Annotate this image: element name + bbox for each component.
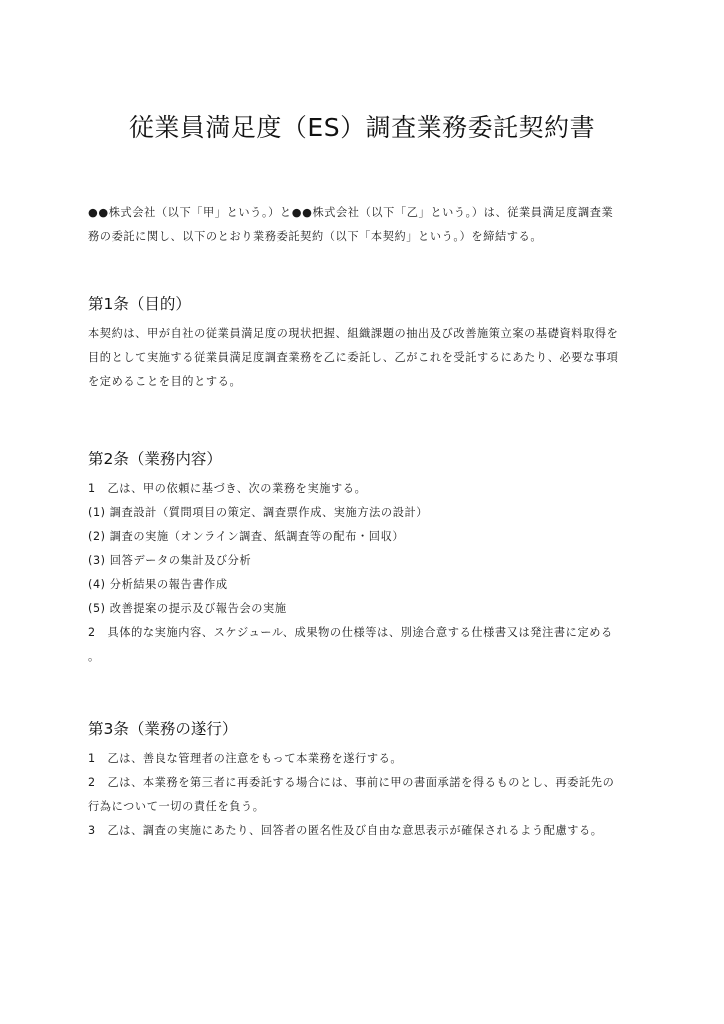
preamble: ●●株式会社（以下「甲」という。）と●●株式会社（以下「乙」という。）は、従業員… xyxy=(88,201,648,249)
article-line: 目的として実施する従業員満足度調査業務を乙に委託し、乙がこれを受託するにあたり、… xyxy=(88,346,648,370)
article-line: を定めることを目的とする。 xyxy=(88,370,648,394)
article-line: 1 乙は、善良な管理者の注意をもって本業務を遂行する。 xyxy=(88,747,648,771)
article-2: 第2条（業務内容） 1 乙は、甲の依頼に基づき、次の業務を実施する。 (1) 調… xyxy=(88,447,648,669)
document-page: 従業員満足度（ES）調査業務委託契約書 ●●株式会社（以下「甲」という。）と●●… xyxy=(0,0,724,1024)
article-heading: 第3条（業務の遂行） xyxy=(88,717,648,741)
article-line: (2) 調査の実施（オンライン調査、紙調査等の配布・回収） xyxy=(88,525,648,549)
article-line: (4) 分析結果の報告書作成 xyxy=(88,573,648,597)
article-line: 1 乙は、甲の依頼に基づき、次の業務を実施する。 xyxy=(88,477,648,501)
article-line: 本契約は、甲が自社の従業員満足度の現状把握、組織課題の抽出及び改善施策立案の基礎… xyxy=(88,322,648,346)
article-line: (3) 回答データの集計及び分析 xyxy=(88,549,648,573)
article-3: 第3条（業務の遂行） 1 乙は、善良な管理者の注意をもって本業務を遂行する。 2… xyxy=(88,717,648,843)
article-1: 第1条（目的） 本契約は、甲が自社の従業員満足度の現状把握、組織課題の抽出及び改… xyxy=(88,292,648,394)
article-line: 2 乙は、本業務を第三者に再委託する場合には、事前に甲の書面承諾を得るものとし、… xyxy=(88,771,648,795)
article-line: (1) 調査設計（質問項目の策定、調査票作成、実施方法の設計） xyxy=(88,501,648,525)
article-line: 。 xyxy=(88,645,648,669)
article-line: 3 乙は、調査の実施にあたり、回答者の匿名性及び自由な意思表示が確保されるよう配… xyxy=(88,819,648,843)
article-heading: 第1条（目的） xyxy=(88,292,648,316)
preamble-line: ●●株式会社（以下「甲」という。）と●●株式会社（以下「乙」という。）は、従業員… xyxy=(88,201,648,225)
document-title: 従業員満足度（ES）調査業務委託契約書 xyxy=(0,110,724,146)
article-heading: 第2条（業務内容） xyxy=(88,447,648,471)
article-line: 2 具体的な実施内容、スケジュール、成果物の仕様等は、別途合意する仕様書又は発注… xyxy=(88,621,648,645)
article-line: 行為について一切の責任を負う。 xyxy=(88,795,648,819)
preamble-line: 務の委託に関し、以下のとおり業務委託契約（以下「本契約」という。）を締結する。 xyxy=(88,225,648,249)
article-line: (5) 改善提案の提示及び報告会の実施 xyxy=(88,597,648,621)
